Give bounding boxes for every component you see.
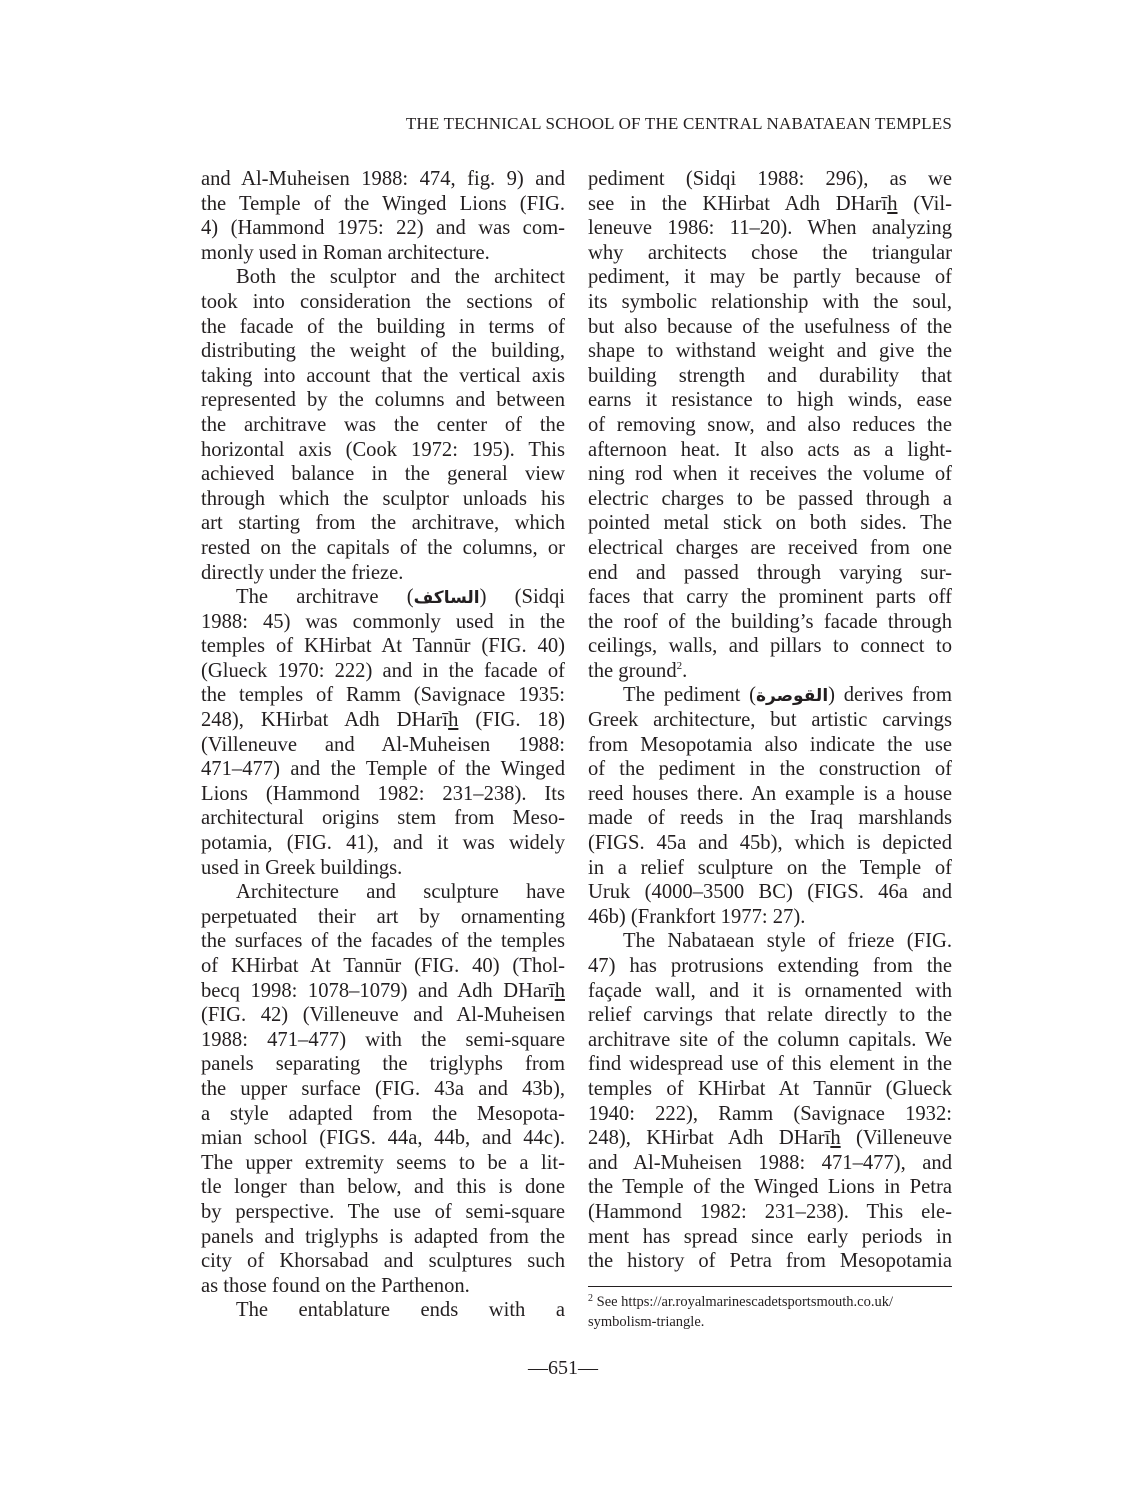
text-line: see in the KHirbat Adh DHarīh (Vil- [588, 192, 952, 217]
text-line: ceilings, walls, and pillars to connect … [588, 634, 952, 659]
text-line: the facade of the building in terms of [201, 315, 565, 340]
footnote-reference: 2 [677, 660, 683, 672]
text-line: took into consideration the sections of [201, 290, 565, 315]
text-line: Uruk (4000–3500 BC) (FIGS. 46a and [588, 880, 952, 905]
running-head: THE TECHNICAL SCHOOL OF THE CENTRAL NABA… [340, 114, 952, 134]
text-line: (Hammond 1982: 231–238). This ele- [588, 1200, 952, 1225]
text-line: horizontal axis (Cook 1972: 195). This [201, 438, 565, 463]
text-line: its symbolic relationship with the soul, [588, 290, 952, 315]
text-line: but also because of the usefulness of th… [588, 315, 952, 340]
text-line: pediment, it may be partly because of [588, 265, 952, 290]
text-line: architrave site of the column capitals. … [588, 1028, 952, 1053]
text-line: why architects chose the triangular [588, 241, 952, 266]
text-line: electric charges to be passed through a [588, 487, 952, 512]
text-line: by perspective. The use of semi-square [201, 1200, 565, 1225]
underlined-letter: h [887, 193, 897, 215]
text-line: mian school (FIGS. 44a, 44b, and 44c). [201, 1126, 565, 1151]
text-line: earns it resistance to high winds, ease [588, 388, 952, 413]
text-line: relief carvings that relate directly to … [588, 1003, 952, 1028]
text-line: end and passed through varying sur- [588, 561, 952, 586]
footnote: 2 See https://ar.royalmarinescadetsports… [588, 1292, 952, 1332]
text-line: find widespread use of this element in t… [588, 1052, 952, 1077]
text-line: afternoon heat. It also acts as a light- [588, 438, 952, 463]
text-line: The Nabataean style of frieze (FIG. [588, 929, 952, 954]
underlined-letter: h [448, 709, 458, 731]
text-line: city of Khorsabad and sculptures such [201, 1249, 565, 1274]
text-line: pointed metal stick on both sides. The [588, 511, 952, 536]
text-line: taking into account that the vertical ax… [201, 364, 565, 389]
text-line: 46b) (Frankfort 1977: 27). [588, 905, 952, 930]
footnote-line-2: symbolism-triangle. [588, 1312, 952, 1332]
text-line: art starting from the architrave, which [201, 511, 565, 536]
text-line: reed houses there. An example is a house [588, 782, 952, 807]
text-line: the Temple of the Winged Lions in Petra [588, 1175, 952, 1200]
text-line: façade wall, and it is ornamented with [588, 979, 952, 1004]
text-line: (Glueck 1970: 222) and in the facade of [201, 659, 565, 684]
arabic-term: الساكف [414, 588, 480, 608]
text-line: 4) (Hammond 1975: 22) and was com- [201, 216, 565, 241]
text-line: and Al-Muheisen 1988: 471–477), and [588, 1151, 952, 1176]
text-line: building strength and durability that [588, 364, 952, 389]
text-line: 248), KHirbat Adh DHarīh (Villeneuve [588, 1126, 952, 1151]
text-line: pediment (Sidqi 1988: 296), as we [588, 167, 952, 192]
text-line: perpetuated their art by ornamenting [201, 905, 565, 930]
text-line: tle longer than below, and this is done [201, 1175, 565, 1200]
text-line: the history of Petra from Mesopotamia [588, 1249, 952, 1274]
page-number: —651— [0, 1357, 1126, 1380]
text-line: 1988: 45) was commonly used in the [201, 610, 565, 635]
underlined-letter: h [555, 980, 565, 1002]
arabic-term: القوصرة [756, 686, 828, 706]
text-line: the roof of the building’s facade throug… [588, 610, 952, 635]
text-line: used in Greek buildings. [201, 856, 565, 881]
text-line: rested on the capitals of the columns, o… [201, 536, 565, 561]
text-line: shape to withstand weight and give the [588, 339, 952, 364]
text-line: The architrave (الساكف) (Sidqi [201, 585, 565, 610]
text-line: faces that carry the prominent parts off [588, 585, 952, 610]
text-line: ning rod when it receives the volume of [588, 462, 952, 487]
text-line: of the pediment in the construction of [588, 757, 952, 782]
underlined-letter: h [830, 1127, 840, 1149]
text-line: the Temple of the Winged Lions (FIG. [201, 192, 565, 217]
text-line: represented by the columns and between [201, 388, 565, 413]
text-line: The entablature ends with a [201, 1298, 565, 1323]
footnote-text: See https://ar.royalmarinescadetsportsmo… [593, 1294, 893, 1310]
text-line: Lions (Hammond 1982: 231–238). Its [201, 782, 565, 807]
text-line: the surfaces of the facades of the templ… [201, 929, 565, 954]
text-line: panels separating the triglyphs from [201, 1052, 565, 1077]
text-line: as those found on the Parthenon. [201, 1274, 565, 1299]
text-line: through which the sculptor unloads his [201, 487, 565, 512]
text-line: the upper surface (FIG. 43a and 43b), [201, 1077, 565, 1102]
right-column: pediment (Sidqi 1988: 296), as wesee in … [588, 167, 952, 1274]
text-line: ment has spread since early periods in [588, 1225, 952, 1250]
footnote-divider [588, 1286, 952, 1287]
text-line: from Mesopotamia also indicate the use [588, 733, 952, 758]
text-line: and Al-Muheisen 1988: 474, fig. 9) and [201, 167, 565, 192]
text-line: panels and triglyphs is adapted from the [201, 1225, 565, 1250]
text-line: temples of KHirbat At Tannūr (FIG. 40) [201, 634, 565, 659]
text-line: 1940: 222), Ramm (Savignace 1932: [588, 1102, 952, 1127]
text-line: 471–477) and the Temple of the Winged [201, 757, 565, 782]
text-line: becq 1998: 1078–1079) and Adh DHarīh [201, 979, 565, 1004]
text-line: a style adapted from the Mesopota- [201, 1102, 565, 1127]
text-line: made of reeds in the Iraq marshlands [588, 806, 952, 831]
text-line: 248), KHirbat Adh DHarīh (FIG. 18) [201, 708, 565, 733]
text-line: (FIGS. 45a and 45b), which is depicted [588, 831, 952, 856]
text-line: the temples of Ramm (Savignace 1935: [201, 683, 565, 708]
text-line: The pediment (القوصرة) derives from [588, 683, 952, 708]
text-line: Architecture and sculpture have [201, 880, 565, 905]
text-line: of removing snow, and also reduces the [588, 413, 952, 438]
footnote-line-1: 2 See https://ar.royalmarinescadetsports… [588, 1292, 952, 1312]
text-line: Both the sculptor and the architect [201, 265, 565, 290]
text-line: 47) has protrusions extending from the [588, 954, 952, 979]
text-line: achieved balance in the general view [201, 462, 565, 487]
text-line: monly used in Roman architecture. [201, 241, 565, 266]
text-line: electrical charges are received from one [588, 536, 952, 561]
text-line: the ground2. [588, 659, 952, 684]
text-line: Greek architecture, but artistic carving… [588, 708, 952, 733]
text-line: leneuve 1986: 11–20). When analyzing [588, 216, 952, 241]
text-line: 1988: 471–477) with the semi-square [201, 1028, 565, 1053]
left-column: and Al-Muheisen 1988: 474, fig. 9) andth… [201, 167, 565, 1323]
text-line: the architrave was the center of the [201, 413, 565, 438]
text-line: of KHirbat At Tannūr (FIG. 40) (Thol- [201, 954, 565, 979]
text-line: potamia, (FIG. 41), and it was widely [201, 831, 565, 856]
text-line: directly under the frieze. [201, 561, 565, 586]
text-line: The upper extremity seems to be a lit- [201, 1151, 565, 1176]
text-line: (FIG. 42) (Villeneuve and Al-Muheisen [201, 1003, 565, 1028]
text-line: distributing the weight of the building, [201, 339, 565, 364]
text-line: in a relief sculpture on the Temple of [588, 856, 952, 881]
text-line: architectural origins stem from Meso- [201, 806, 565, 831]
text-line: (Villeneuve and Al-Muheisen 1988: [201, 733, 565, 758]
text-line: temples of KHirbat At Tannūr (Glueck [588, 1077, 952, 1102]
